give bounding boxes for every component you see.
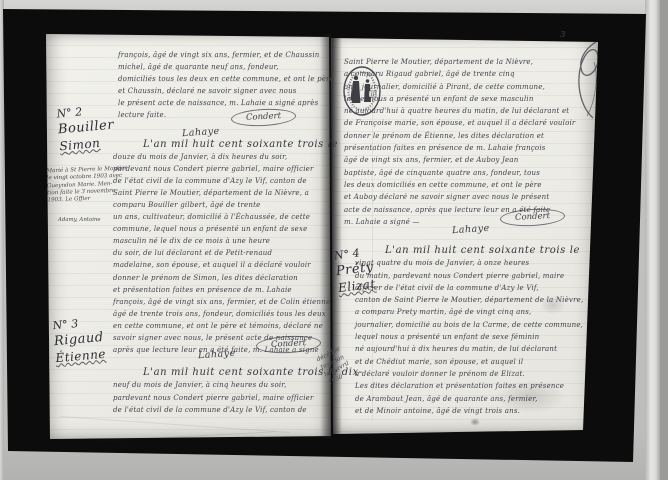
- act4-birth-record-text: L'an mil huit cent soixante trois leving…: [355, 245, 603, 417]
- film-right-edge: [660, 0, 668, 480]
- marginal-mention-signature: Adamy, Antoine: [58, 217, 101, 224]
- page-number: 3: [560, 30, 565, 40]
- margin-entry-n2: N° 2 Bouiller Simon: [56, 102, 116, 155]
- act3-birth-record-start-text: L'an mil huit cent soixante trois le dix…: [113, 367, 335, 417]
- ink-stain: [470, 418, 480, 426]
- film-left-edge: [0, 0, 4, 480]
- microfilm-scan: 1F 3 françois, âgé de vingt six ans, fer…: [0, 0, 668, 480]
- margin-entry-n3: N° 3 Rigaud Étienne: [52, 314, 107, 366]
- act2-birth-record-text: L'an mil huit cent soixante trois ledouz…: [113, 139, 335, 356]
- act1-ending-text: françois, âgé de vingt six ans, fermier,…: [118, 50, 333, 121]
- act3-birth-record-continuation-text: Saint Pierre le Moutier, département de …: [344, 56, 598, 228]
- film-edge-band: [645, 0, 660, 480]
